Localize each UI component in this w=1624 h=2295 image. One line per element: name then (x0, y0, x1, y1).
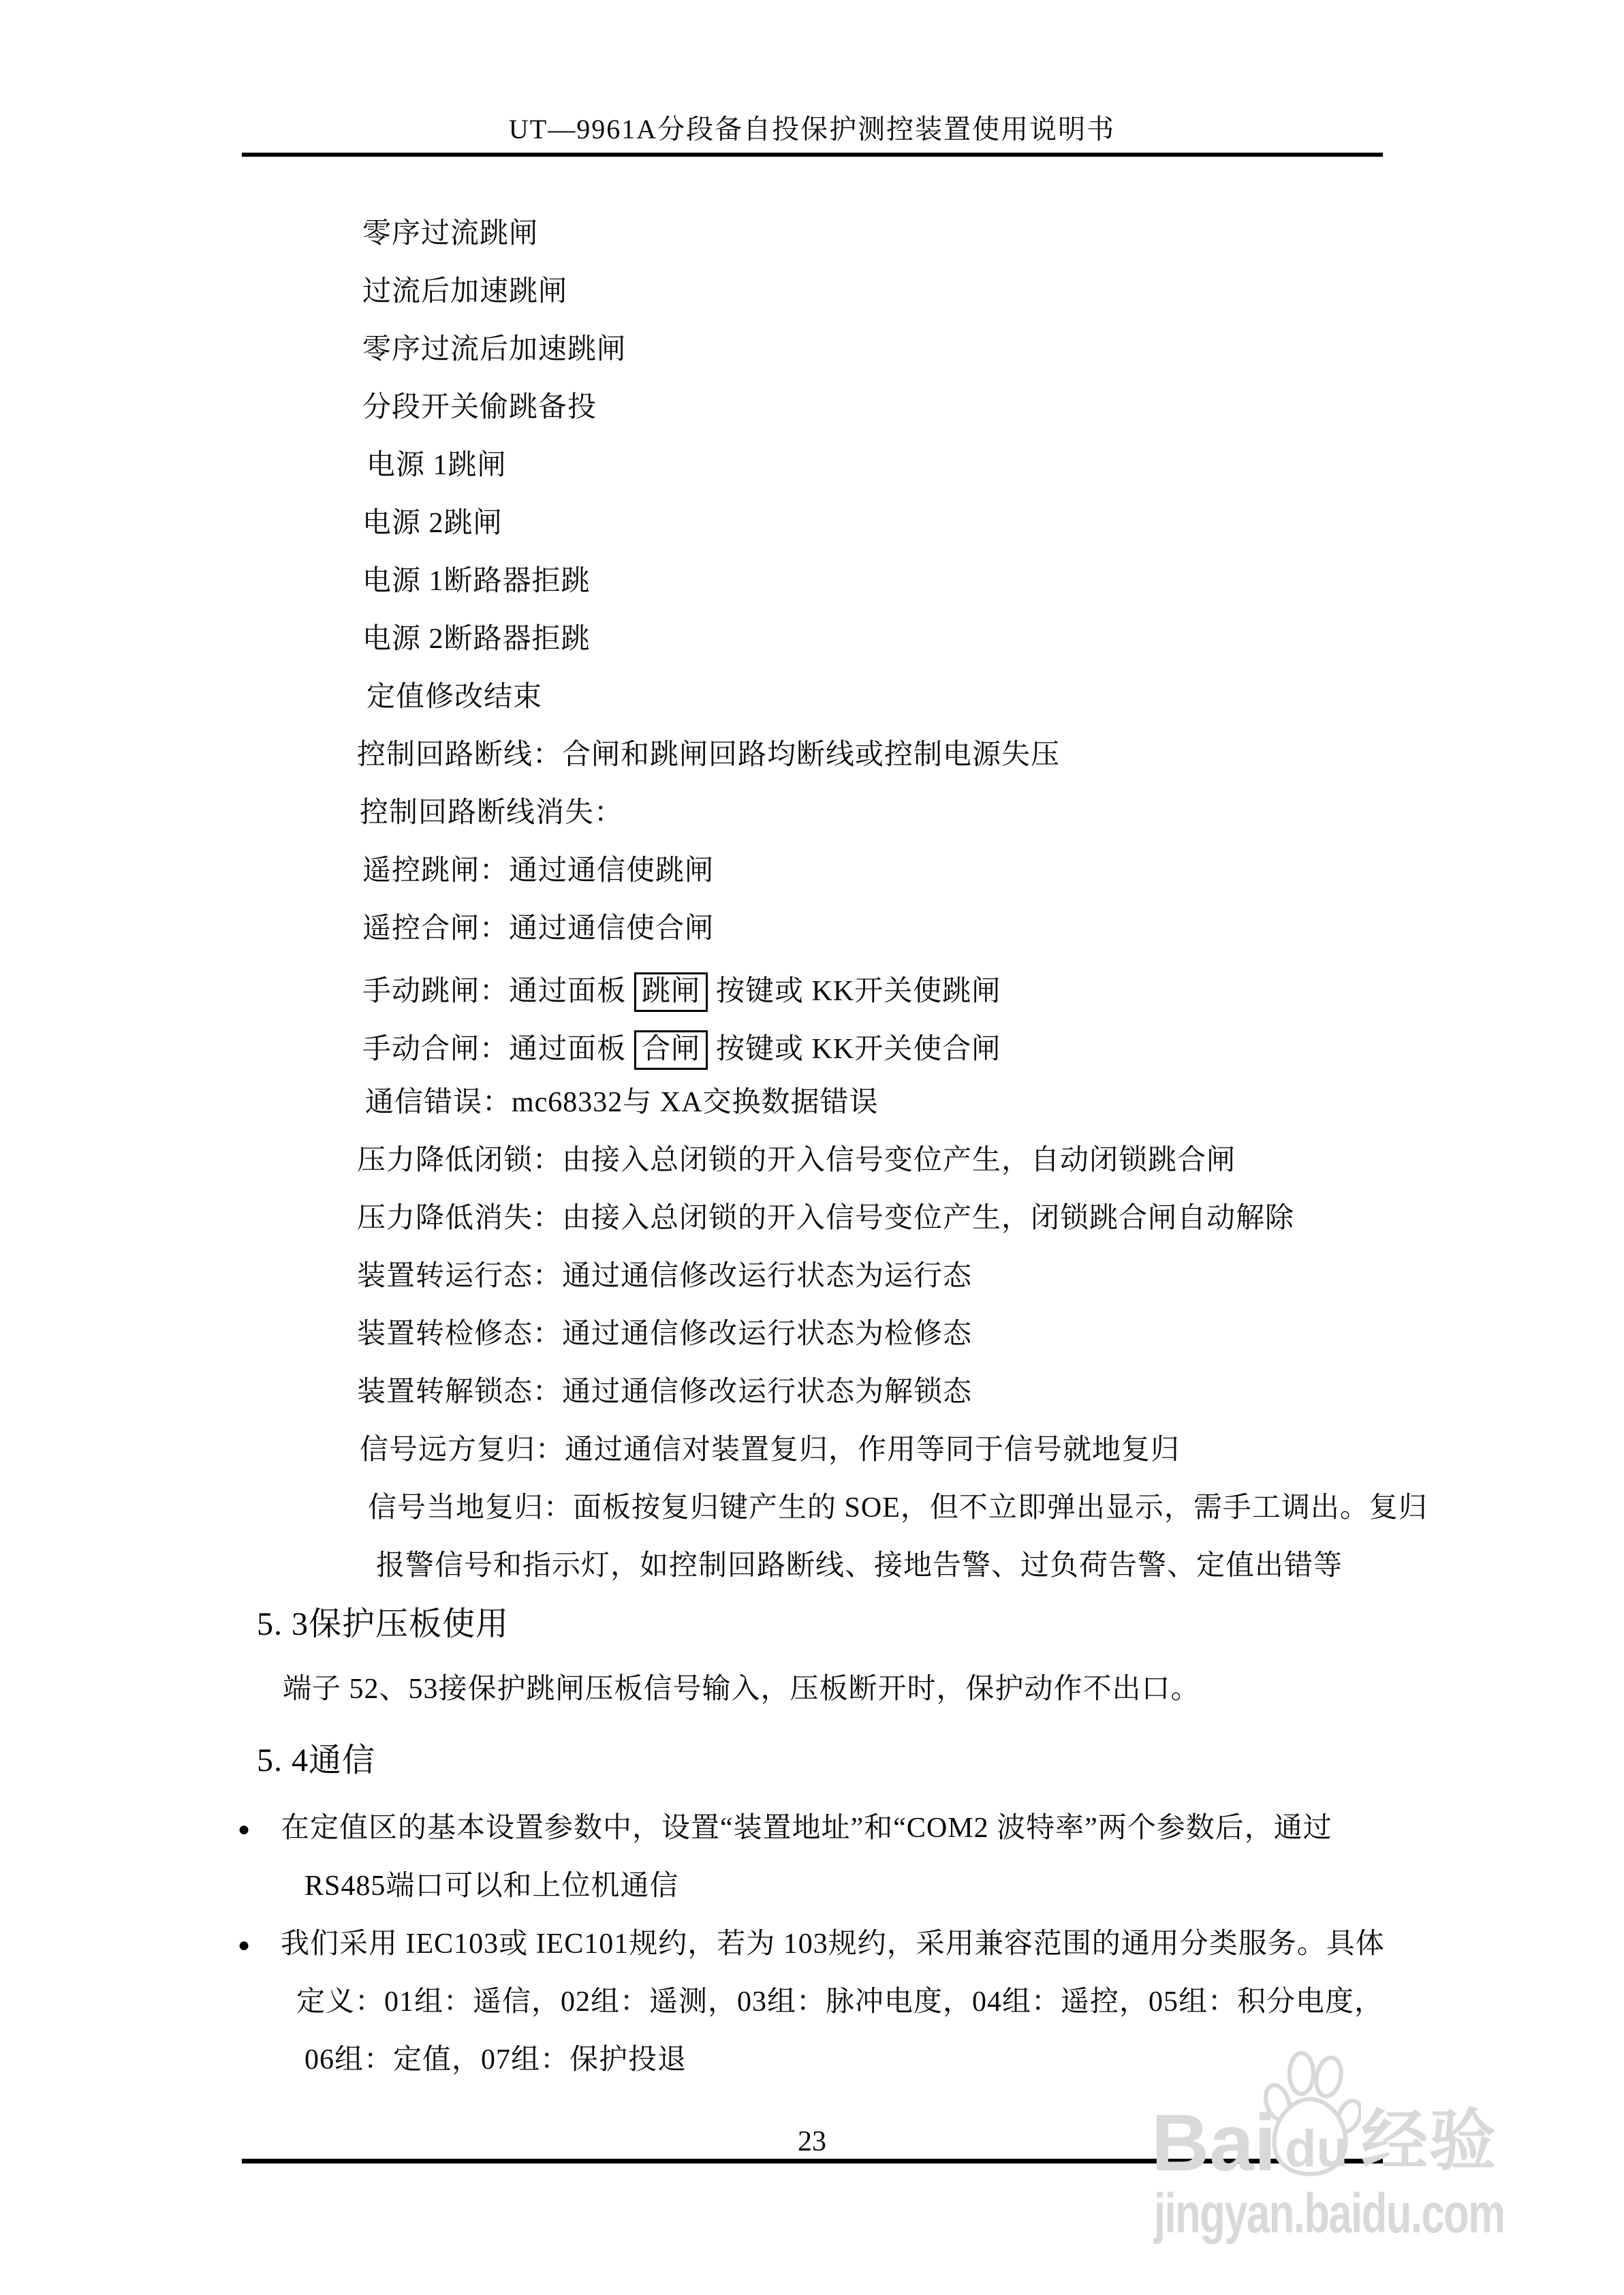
manual-trip-prefix: 手动跳闸：通过面板 (362, 976, 626, 1007)
signal-item: 遥控跳闸：通过通信使跳闸 (362, 857, 714, 885)
bullet-icon: ● (238, 1935, 250, 1956)
header-divider (242, 153, 1383, 157)
signal-item: 分段开关偷跳备投 (362, 393, 597, 422)
signal-item: 通信错误：mc68332与 XA交换数据错误 (365, 1088, 878, 1117)
signal-item: 定值修改结束 (366, 683, 542, 711)
watermark-brand-bai: Bai (1151, 2103, 1277, 2183)
signal-item: 压力降低闭锁：由接入总闭锁的开入信号变位产生，自动闭锁跳合闸 (357, 1146, 1236, 1175)
signal-item-manual-trip: 手动跳闸：通过面板跳闸按键或 KK开关使跳闸 (362, 972, 1001, 1012)
manual-page: UT—9961A分段备自投保护测控装置使用说明书 零序过流跳闸 过流后加速跳闸 … (0, 0, 1624, 2295)
signal-item: 控制回路断线：合闸和跳闸回路均断线或控制电源失压 (357, 741, 1060, 769)
bullet-line: RS485端口可以和上位机通信 (304, 1872, 678, 1900)
baidu-jingyan-watermark: Bai du 经验 jingyan.baidu.com (1151, 2050, 1560, 2254)
manual-trip-suffix: 按键或 KK开关使跳闸 (716, 976, 1001, 1007)
signal-item: 电源 2断路器拒跳 (362, 625, 591, 653)
section-5-3-body: 端子 52、53接保护跳闸压板信号输入，压板断开时，保护动作不出口。 (283, 1675, 1200, 1704)
signal-item: 装置转检修态：通过通信修改运行状态为检修态 (357, 1320, 972, 1349)
bullet-line: 在定值区的基本设置参数中，设置“装置地址”和“COM2 波特率”两个参数后，通过 (281, 1814, 1332, 1843)
bullet-line: 06组：定值，07组：保护投退 (304, 2046, 687, 2074)
manual-close-suffix: 按键或 KK开关使合闸 (716, 1034, 1001, 1065)
signal-item: 装置转解锁态：通过通信修改运行状态为解锁态 (357, 1378, 972, 1406)
close-key-box: 合闸 (634, 1030, 708, 1070)
signal-item: 电源 2跳闸 (362, 509, 503, 538)
bullet-icon: ● (238, 1819, 250, 1840)
signal-item: 报警信号和指示灯，如控制回路断线、接地告警、过负荷告警、定值出错等 (376, 1552, 1343, 1580)
signal-item: 控制回路断线消失： (360, 799, 623, 827)
signal-item: 零序过流跳闸 (362, 219, 538, 248)
signal-item: 电源 1断路器拒跳 (362, 567, 591, 596)
signal-item-manual-close: 手动合闸：通过面板合闸按键或 KK开关使合闸 (362, 1030, 1001, 1070)
signal-item: 装置转运行态：通过通信修改运行状态为运行态 (357, 1262, 972, 1291)
signal-item: 信号远方复归：通过通信对装置复归，作用等同于信号就地复归 (360, 1436, 1180, 1464)
section-5-4-heading: 5. 4通信 (257, 1744, 375, 1777)
signal-item: 电源 1跳闸 (366, 451, 507, 480)
watermark-url: jingyan.baidu.com (1154, 2186, 1504, 2242)
signal-item: 零序过流后加速跳闸 (362, 335, 626, 364)
signal-item: 遥控合闸：通过通信使合闸 (362, 914, 714, 943)
bullet-line: 我们采用 IEC103或 IEC101规约，若为 103规约，采用兼容范围的通用… (281, 1930, 1385, 1958)
document-header-title: UT—9961A分段备自投保护测控装置使用说明书 (0, 116, 1624, 143)
watermark-brand-du: du (1285, 2123, 1348, 2175)
signal-item: 信号当地复归：面板按复归键产生的 SOE，但不立即弹出显示，需手工调出。复归 (368, 1494, 1428, 1522)
manual-close-prefix: 手动合闸：通过面板 (362, 1034, 626, 1065)
trip-key-box: 跳闸 (634, 972, 708, 1012)
watermark-brand-jingyan-cjk: 经验 (1361, 2107, 1497, 2174)
section-5-3-heading: 5. 3保护压板使用 (257, 1608, 509, 1641)
bullet-line: 定义：01组：遥信，02组：遥测，03组：脉冲电度，04组：遥控，05组：积分电… (296, 1988, 1384, 2016)
signal-item: 过流后加速跳闸 (362, 277, 567, 306)
signal-item: 压力降低消失：由接入总闭锁的开入信号变位产生，闭锁跳合闸自动解除 (357, 1204, 1294, 1233)
